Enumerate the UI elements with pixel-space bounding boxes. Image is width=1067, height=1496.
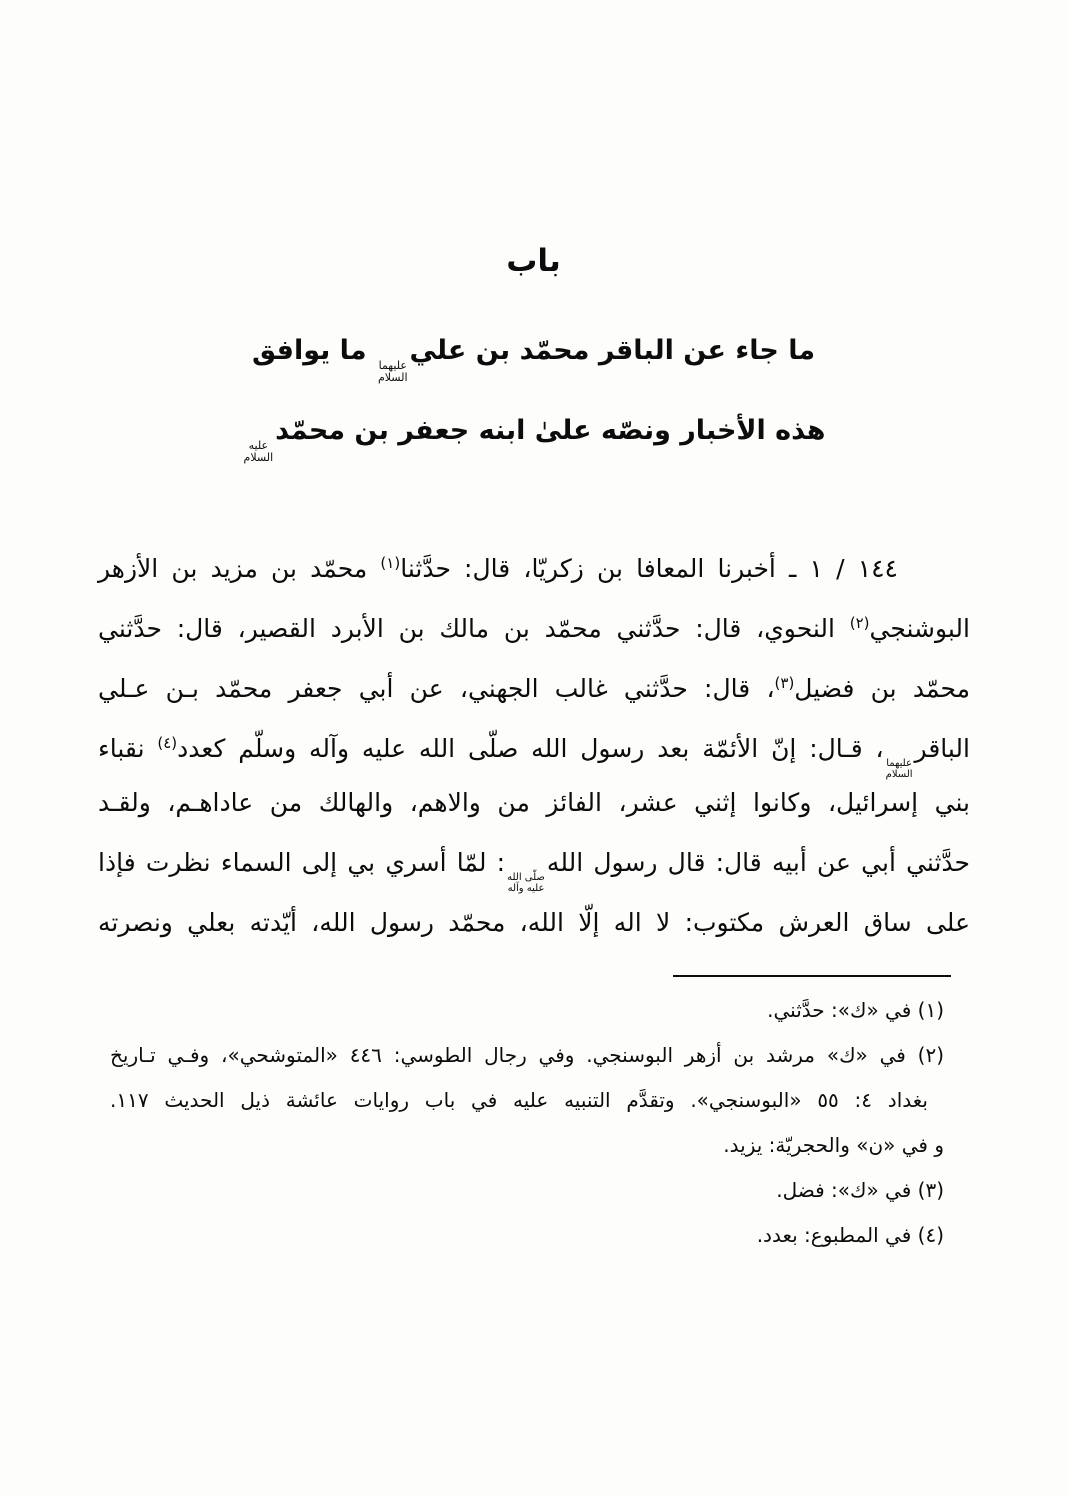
honorific-row: عليهما — [886, 758, 912, 769]
footnote-line: (٢) في «ك» مرشد بن أزهر البوسنجي. وفي رج… — [110, 1033, 944, 1078]
text-run: نقباء — [98, 734, 157, 763]
body-line: الباقرعليهماالسلام، قـال: إنّ الأئمّة بع… — [98, 713, 970, 773]
text-run: على ساق العرش مكتوب: لا اله إلّا الله، م… — [98, 908, 970, 937]
body-line: محمّد بن فضيل(٣)، قال: حدَّثني غالب الجه… — [98, 653, 970, 713]
text-run: : لمّا أسري بي إلى السماء نظرت فإذا — [98, 848, 505, 877]
footnote-line: (٤) في المطبوع: بعدد. — [110, 1213, 944, 1258]
text-run: البوشنجي — [870, 614, 971, 643]
text-run: ١٤٤ / ١ ـ أخبرنا المعافا بن زكريّا، قال:… — [400, 554, 898, 583]
chapter-subtitle-line-1: ما جاء عن الباقر محمّد بن عليعليهماالسلا… — [0, 335, 1067, 385]
footnote-ref: (٣) — [775, 674, 795, 692]
text-run: ، قـال: إنّ الأئمّة بعد رسول الله صلّى ا… — [177, 734, 883, 763]
text-run: ما جاء عن الباقر محمّد بن علي — [410, 335, 816, 366]
body-line: البوشنجي(٢) النحوي، قال: حدَّثني محمّد ب… — [98, 593, 970, 653]
footnote-line: و في «ن» والحجريّة: يزيد. — [110, 1123, 944, 1168]
footnote-line: بغداد ٤: ٥٥ «البوسنجي». وتقدَّم التنبيه … — [110, 1078, 928, 1123]
footnote-line: (١) في «ك»: حدَّثني. — [110, 988, 944, 1033]
footnote-line: (٣) في «ك»: فضل. — [110, 1168, 944, 1213]
honorific-row: السلام — [244, 452, 274, 464]
text-run: ، قال: حدَّثني غالب الجهني، عن أبي جعفر … — [98, 674, 775, 703]
honorific-row: صلّى الله — [507, 872, 545, 883]
hadith-paragraph: ١٤٤ / ١ ـ أخبرنا المعافا بن زكريّا، قال:… — [98, 533, 970, 953]
chapter-subtitle-line-2: هذه الأخبار ونصّه علىٰ ابنه جعفر بن محمّ… — [0, 415, 1067, 465]
footnote-separator — [673, 975, 951, 977]
footnote-ref: (١) — [380, 554, 400, 572]
book-page: باب ما جاء عن الباقر محمّد بن عليعليهماا… — [0, 0, 1067, 1496]
body-line: ١٤٤ / ١ ـ أخبرنا المعافا بن زكريّا، قال:… — [98, 533, 970, 593]
honorific-mark-icon: عليهماالسلام — [378, 360, 408, 385]
text-run: ما يوافق — [252, 335, 376, 366]
text-run: الباقر — [915, 734, 970, 763]
honorific-mark-icon: عليهالسلام — [244, 440, 274, 465]
text-run: محمّد بن مزيد بن الأزهر — [98, 554, 380, 583]
footnote-ref: (٢) — [850, 614, 870, 632]
honorific-row: السلام — [378, 372, 408, 384]
footnotes-block: (١) في «ك»: حدَّثني. (٢) في «ك» مرشد بن … — [110, 988, 944, 1258]
chapter-heading: باب — [0, 243, 1067, 279]
text-run: محمّد بن فضيل — [794, 674, 970, 703]
body-line: حدَّثني أبي عن أبيه قال: قال رسول اللهصل… — [98, 833, 970, 893]
text-run: هذه الأخبار ونصّه علىٰ ابنه جعفر بن محمّ… — [275, 415, 825, 446]
footnote-ref: (٤) — [157, 734, 177, 752]
text-run: بني إسرائيل، وكانوا إثني عشر، الفائز من … — [98, 788, 970, 817]
text-run: حدَّثني أبي عن أبيه قال: قال رسول الله — [547, 848, 970, 877]
body-line: بني إسرائيل، وكانوا إثني عشر، الفائز من … — [98, 773, 970, 833]
text-run: النحوي، قال: حدَّثني محمّد بن مالك بن ال… — [98, 614, 850, 643]
honorific-mark-icon: صلّى اللهعليه وآله — [507, 872, 545, 894]
body-line: على ساق العرش مكتوب: لا اله إلّا الله، م… — [98, 893, 970, 953]
